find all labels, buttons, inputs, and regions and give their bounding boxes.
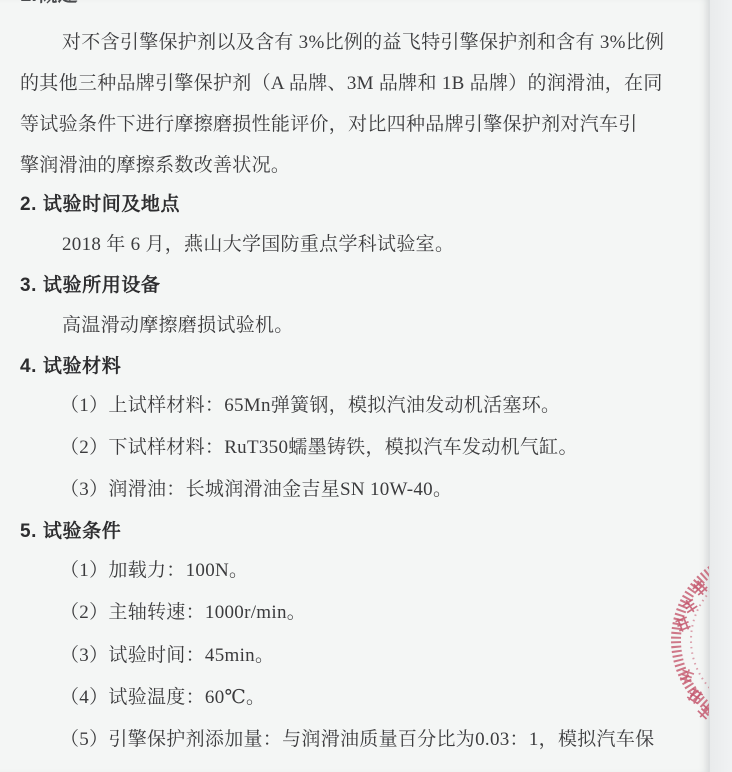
section-heading-5: 5. 试验条件: [20, 519, 121, 545]
paragraph-line: 等试验条件下进行摩擦磨损性能评价，对比四种品牌引擎保护剂对汽车引: [20, 112, 638, 138]
section-3-body: 高温滑动摩擦磨损试验机。: [62, 313, 294, 339]
list-item: （5）引擎保护剂添加量：与润滑油质量百分比为0.03：1，模拟汽车保: [60, 727, 654, 753]
list-item: （1）上试样材料：65Mn弹簧钢，模拟汽油发动机活塞环。: [60, 393, 560, 419]
section-2-body: 2018 年 6 月，燕山大学国防重点学科试验室。: [62, 232, 454, 258]
list-item: （2）下试样材料：RuT350蠕墨铸铁，模拟汽车发动机气缸。: [60, 435, 578, 461]
paragraph-line: 擎润滑油的摩擦系数改善状况。: [20, 153, 290, 179]
section-heading-2: 2. 试验时间及地点: [20, 192, 180, 218]
document-paper: 1.概述 对不含引擎保护剂以及含有 3%比例的益飞特引擎保护剂和含有 3%比例 …: [0, 0, 710, 772]
list-item: （3）润滑油：长城润滑油金吉星SN 10W-40。: [60, 477, 452, 503]
list-item: （1）加载力：100N。: [60, 558, 248, 584]
list-item: （2）主轴转速：1000r/min。: [60, 600, 306, 626]
section-heading-3: 3. 试验所用设备: [20, 273, 161, 299]
red-seal-graphic: [660, 554, 709, 754]
scan-edge-background: [710, 0, 732, 772]
red-seal-stamp: [660, 554, 709, 754]
clipped-heading-fragment: 1.概述: [20, 0, 78, 8]
paragraph-line: 的其他三种品牌引擎保护剂（A 品牌、3M 品牌和 1B 品牌）的润滑油，在同: [20, 71, 663, 97]
scanned-document-page: 1.概述 对不含引擎保护剂以及含有 3%比例的益飞特引擎保护剂和含有 3%比例 …: [0, 0, 732, 772]
paragraph-line: 对不含引擎保护剂以及含有 3%比例的益飞特引擎保护剂和含有 3%比例: [62, 30, 664, 56]
list-item: （4）试验温度：60℃。: [60, 685, 265, 711]
list-item: （3）试验时间：45min。: [60, 643, 274, 669]
section-heading-4: 4. 试验材料: [20, 354, 121, 380]
